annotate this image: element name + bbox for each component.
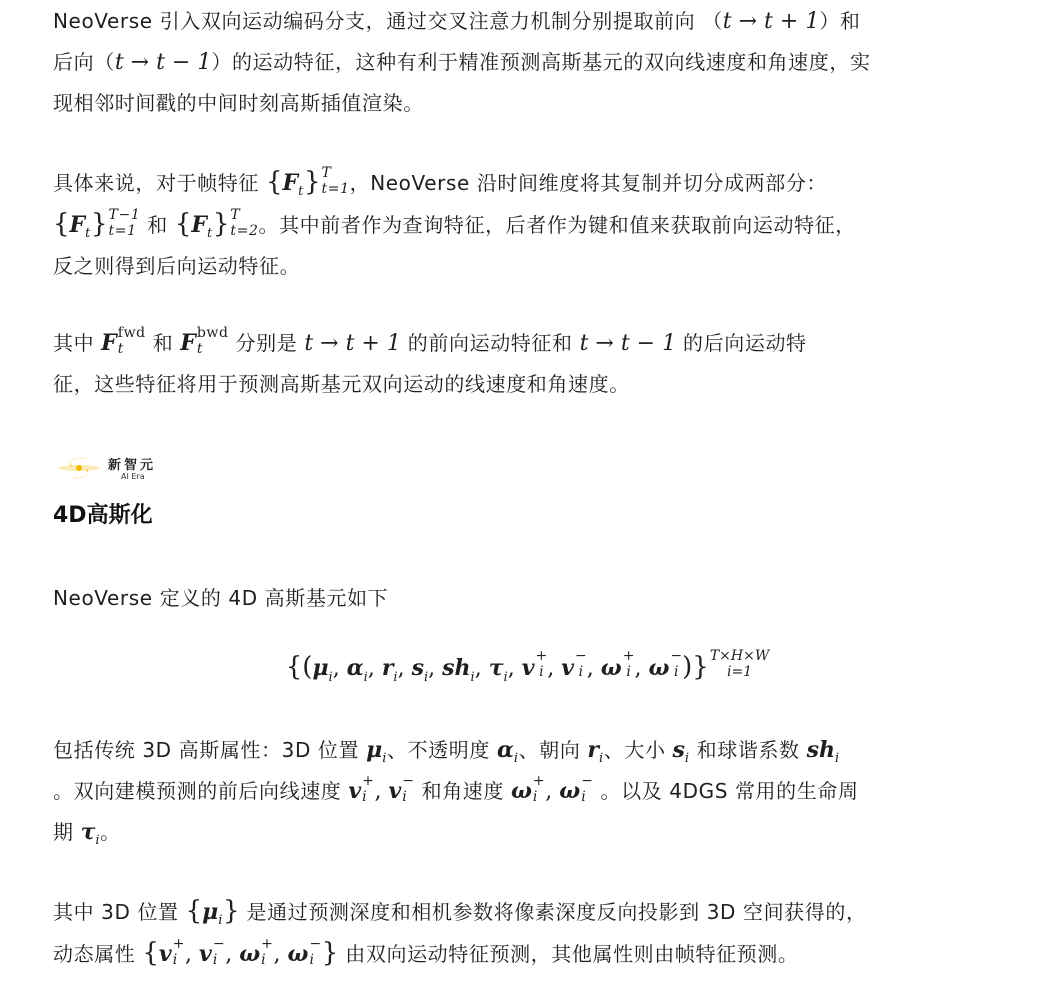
paragraph-position-dynamic: 其中 3D 位置 {μi} 是通过预测深度和相机参数将像素深度反向投影到 3D … — [53, 891, 958, 975]
text: NeoVerse 引入双向运动编码分支，通过交叉注意力机制分别提取前向 （ — [53, 9, 723, 33]
math-forward: t → t + 1 — [304, 331, 401, 356]
text: ）和 — [819, 9, 860, 33]
section-heading: 4D高斯化 — [53, 498, 153, 529]
sup: T−1 — [109, 208, 141, 222]
math-forward: t → t + 1 — [723, 9, 820, 34]
text: 。以及 4DGS 常用的生命周 — [594, 779, 859, 803]
text: 和 — [140, 213, 175, 237]
logo-text-cn: 新智元 — [108, 454, 156, 473]
sub: t=1 — [322, 182, 350, 196]
text: 具体来说，对于帧特征 — [53, 171, 266, 195]
aiera-logo: 新智元 AI Era — [53, 452, 173, 484]
math-frame-set-full: {Ft}Tt=1 — [266, 171, 350, 195]
paragraph-4d-definition: NeoVerse 定义的 4D 高斯基元如下 — [53, 578, 388, 619]
text: 。其中前者作为查询特征，后者作为键和值来获取前向运动特征， — [258, 213, 855, 237]
math-backward: t → t − 1 — [580, 331, 677, 356]
math-F-fwd: Ffwdt — [101, 331, 146, 355]
text: 由双向运动特征预测，其他属性则由帧特征预测。 — [338, 942, 798, 966]
sup: fwd — [118, 326, 146, 340]
text: 。 — [100, 820, 121, 844]
text: 其中 3D 位置 — [53, 900, 186, 924]
text: 反之则得到后向运动特征。 — [53, 254, 300, 278]
text: 其中 — [53, 331, 101, 355]
sub: t=2 — [230, 224, 258, 238]
text: 是通过预测深度和相机参数将像素深度反向投影到 3D 空间获得的， — [240, 900, 867, 924]
text: 动态属性 — [53, 942, 142, 966]
text: 包括传统 3D 高斯属性：3D 位置 — [53, 738, 366, 762]
logo-text-en: AI Era — [121, 472, 145, 481]
text: 。双向建模预测的前后向线速度 — [53, 779, 348, 803]
text: 、不透明度 — [387, 738, 497, 762]
text: 的前向运动特征和 — [401, 331, 580, 355]
text: 和角速度 — [415, 779, 511, 803]
swirl-logo-icon — [57, 456, 101, 480]
text: 征，这些特征将用于预测高斯基元双向运动的线速度和角速度。 — [53, 372, 630, 396]
sup: bwd — [197, 326, 229, 340]
sub: i=1 — [710, 665, 769, 679]
math-frame-set-query: {Ft}T−1t=1 — [53, 213, 140, 237]
text: ，NeoVerse 沿时间维度将其复制并切分成两部分： — [350, 171, 827, 195]
paragraph-fwd-bwd: 其中 Ffwdt 和 Fbwdt 分别是 t → t + 1 的前向运动特征和 … — [53, 323, 958, 405]
paragraph-frame-features: 具体来说，对于帧特征 {Ft}Tt=1，NeoVerse 沿时间维度将其复制并切… — [53, 162, 958, 287]
sub: t=1 — [109, 224, 141, 238]
text: 现相邻时间戳的中间时刻高斯插值渲染。 — [53, 91, 424, 115]
text: 、朝向 — [519, 738, 588, 762]
equation-4d-gaussian: {(μi, αi, ri, si, shi, τi, v+i, v−i, ω+i… — [0, 652, 1055, 683]
text: 的后向运动特 — [676, 331, 807, 355]
text: 后向（ — [53, 50, 115, 74]
paragraph-motion-branch: NeoVerse 引入双向运动编码分支，通过交叉注意力机制分别提取前向 （t →… — [53, 1, 958, 124]
sup: T — [230, 208, 258, 222]
text: ）的运动特征，这种有利于精准预测高斯基元的双向线速度和角速度，实 — [211, 50, 870, 74]
text: 分别是 — [229, 331, 305, 355]
text: 和 — [146, 331, 181, 355]
math-F-bwd: Fbwdt — [180, 331, 228, 355]
text: 和球谐系数 — [690, 738, 807, 762]
sup: T×H×W — [710, 649, 769, 663]
text: 期 — [53, 820, 81, 844]
paragraph-attributes: 包括传统 3D 高斯属性：3D 位置 μi、不透明度 αi、朝向 ri、大小 s… — [53, 730, 958, 853]
math-backward: t → t − 1 — [115, 50, 212, 75]
math-frame-set-key: {Ft}Tt=2 — [175, 213, 259, 237]
sup: T — [322, 166, 350, 180]
text: 、大小 — [604, 738, 673, 762]
